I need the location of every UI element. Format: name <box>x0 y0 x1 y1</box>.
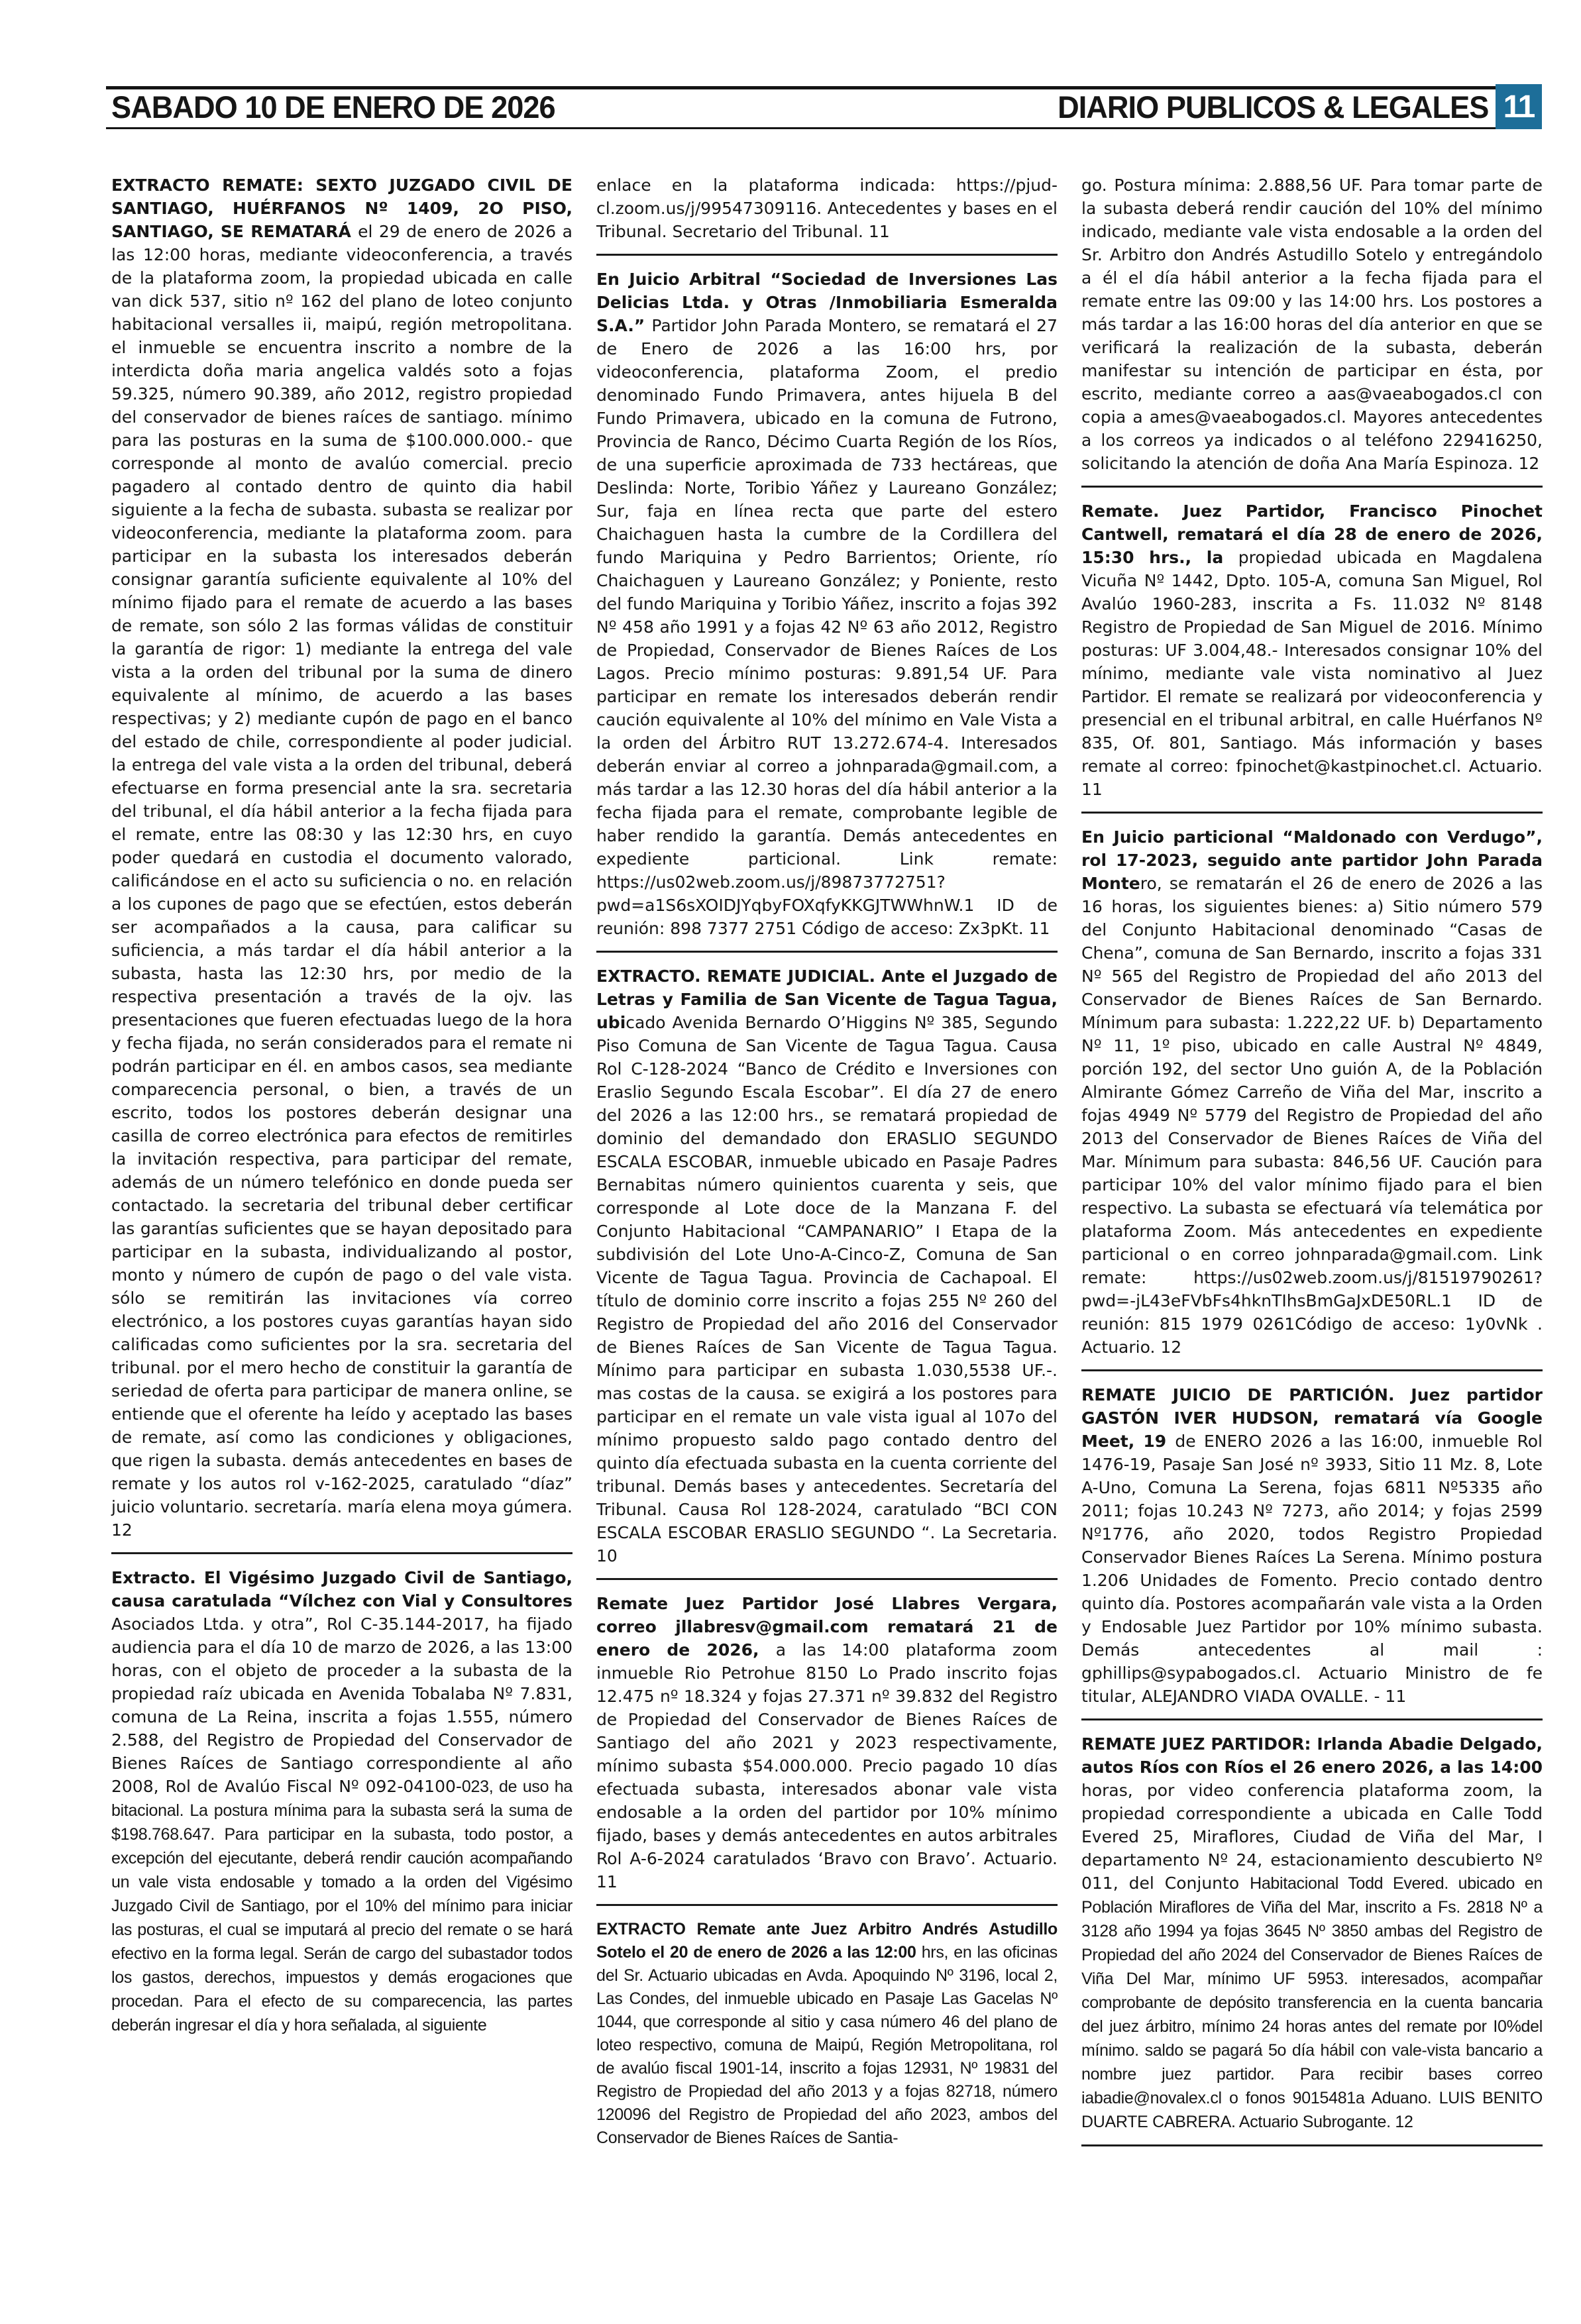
legal-notice-extracto-sexto-juzgado: EXTRACTO REMATE: SEXTO JUZGADO CIVIL DE … <box>111 174 572 1542</box>
legal-notice-maldonado-con-verdugo: En Juicio particional “Maldonado con Ver… <box>1081 825 1543 1359</box>
notice-body: Partidor John Parada Montero, se rematar… <box>596 316 1058 938</box>
notice-body: ro, se rematarán el 26 de enero de 2026 … <box>1081 874 1543 1357</box>
notice-divider <box>596 951 1058 953</box>
column-2: enlace en la plataforma indicada: https:… <box>596 174 1058 2150</box>
notice-body: go. Postura mínima: 2.888,56 UF. Para to… <box>1081 176 1543 473</box>
page-number-badge: 11 <box>1496 84 1542 129</box>
legal-notice-continuation-enlace: enlace en la plataforma indicada: https:… <box>596 174 1058 243</box>
notice-body: propiedad ubicada en Magdalena Vicuña Nº… <box>1081 548 1543 799</box>
column-1: EXTRACTO REMATE: SEXTO JUZGADO CIVIL DE … <box>111 174 572 2037</box>
notice-lead: REMATE JUEZ PARTIDOR: Irlanda Abadie Del… <box>1081 1734 1543 1777</box>
legal-notice-gaston-iver-hudson: REMATE JUICIO DE PARTICIÓN. Juez partido… <box>1081 1383 1543 1708</box>
header-date: SABADO 10 DE ENERO DE 2026 <box>111 90 555 125</box>
notice-body-continued: Habitacional Todd Evered. ubicado en Pob… <box>1081 1874 1543 2131</box>
notice-body: de ENERO 2026 a las 16:00, inmueble Rol … <box>1081 1432 1543 1706</box>
notice-body: Asociados Ltda. y otra”, Rol C-35.144-20… <box>111 1614 572 1796</box>
legal-notice-vigesimo-juzgado: Extracto. El Vigésimo Juzgado Civil de S… <box>111 1566 572 2037</box>
legal-notice-irlanda-abadie-delgado: REMATE JUEZ PARTIDOR: Irlanda Abadie Del… <box>1081 1732 1543 2134</box>
header-rule-bottom <box>106 127 1496 129</box>
legal-notice-juicio-arbitral-las-delicias: En Juicio Arbitral “Sociedad de Inversio… <box>596 268 1058 940</box>
legal-notice-continuation-postura-minima: go. Postura mínima: 2.888,56 UF. Para to… <box>1081 174 1543 475</box>
legal-notice-remate-judicial-tagua-tagua: EXTRACTO. REMATE JUDICIAL. Ante el Juzga… <box>596 965 1058 1567</box>
notice-divider <box>1081 1369 1543 1371</box>
notice-divider <box>1081 486 1543 488</box>
notice-divider <box>596 1904 1058 1906</box>
legal-notice-jose-llabres-vergara: Remate Juez Partidor José Llabres Vergar… <box>596 1592 1058 1893</box>
notice-body-continued: 023, de uso ha bitacional. La postura mí… <box>111 1777 572 2034</box>
notice-columns: EXTRACTO REMATE: SEXTO JUZGADO CIVIL DE … <box>111 174 1542 2150</box>
notice-lead: Extracto. El Vigésimo Juzgado Civil de S… <box>111 1568 572 1611</box>
masthead-title: DIARIO PUBLICOS & LEGALES <box>1058 90 1488 125</box>
notice-body: cado Avenida Bernardo O’Higgins Nº 385, … <box>596 1013 1058 1565</box>
notice-divider <box>596 1578 1058 1580</box>
column-3: go. Postura mínima: 2.888,56 UF. Para to… <box>1081 174 1543 2146</box>
notice-divider <box>1081 1718 1543 1720</box>
notice-body: hrs, en las oficinas del Sr. Actuario ub… <box>596 1943 1058 2147</box>
notice-body: a las 14:00 plataforma zoom inmueble Rio… <box>596 1640 1058 1891</box>
notice-divider <box>1081 812 1543 814</box>
newspaper-page: SABADO 10 DE ENERO DE 2026 DIARIO PUBLIC… <box>0 0 1581 2324</box>
notice-body: enlace en la plataforma indicada: https:… <box>596 176 1058 241</box>
notice-divider <box>596 254 1058 256</box>
legal-notice-francisco-pinochet-cantwell: Remate. Juez Partidor, Francisco Pinoche… <box>1081 500 1543 801</box>
notice-body: el 29 de enero de 2026 a las 12:00 horas… <box>111 222 572 1540</box>
notice-divider <box>111 1552 572 1554</box>
notice-divider <box>1081 2144 1543 2146</box>
legal-notice-andres-astudillo-sotelo: EXTRACTO Remate ante Juez Arbitro Andrés… <box>596 1918 1058 2150</box>
